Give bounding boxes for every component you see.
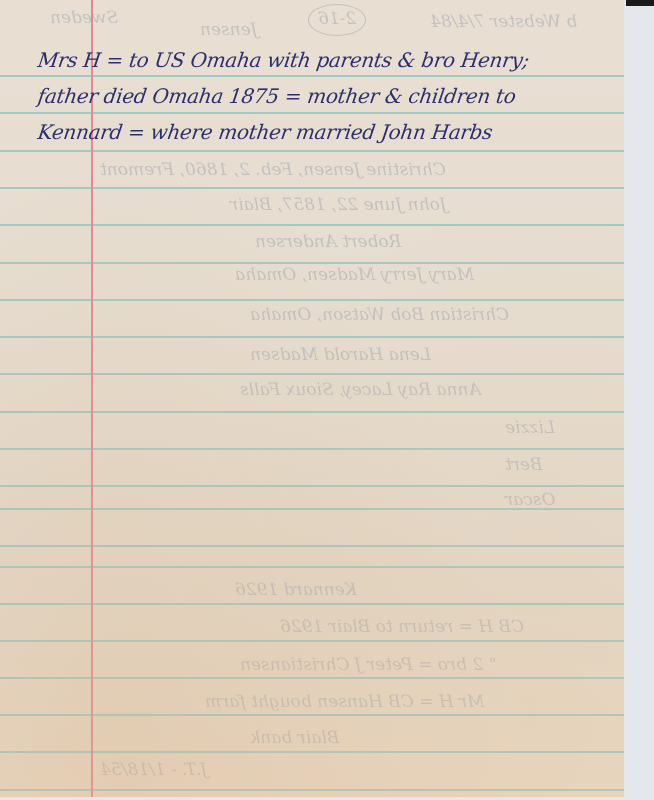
ruled-line [0,448,624,450]
ruled-line [0,603,624,605]
bleed-text: b Webster 7/4/84 [430,12,577,32]
bleed-text: Christine Jensen, Feb. 2, 1860, Fremont [100,160,446,180]
bleed-text: Mr H = CB Hansen bought farm [205,692,485,712]
bleed-text: Lena Harold Madsen [250,345,431,365]
bleed-text: Oscar [505,490,555,510]
bleed-text: Lizzie [505,418,555,438]
bleed-text: Christian Bob Watson, Omaha [250,305,509,325]
ruled-line [0,150,624,152]
bleed-text: John June 22, 1857, Blair [230,195,447,215]
bleed-text: 2-16 [318,9,356,29]
bleed-text: Robert Andersen [255,232,401,252]
handwriting-line-3: Kennard = where mother married John Harb… [36,120,494,144]
notebook-page: Sweden Jensen 2-16 b Webster 7/4/84 Chri… [0,0,624,797]
ruled-line [0,640,624,642]
bleed-text: Jensen [200,20,258,40]
handwriting-line-1: Mrs H = to US Omaha with parents & bro H… [36,48,530,72]
bleed-text: Sweden [50,8,118,28]
handwriting-line-2: father died Omaha 1875 = mother & childr… [36,84,517,108]
bleed-text: CB H = return to Blair 1926 [280,617,524,637]
bleed-text: Kennard 1926 [235,580,357,600]
ruled-line [0,545,624,547]
ruled-line [0,75,624,77]
bleed-text: J.T. - 1/18/54 [100,760,207,780]
ruled-line [0,485,624,487]
ruled-line [0,299,624,301]
ruled-line [0,677,624,679]
ruled-line [0,714,624,716]
bleed-text: Blair bank [250,728,339,748]
bleed-text: Bert [505,455,543,475]
ruled-line [0,373,624,375]
ruled-line [0,112,624,114]
ruled-line [0,751,624,753]
ruled-line [0,336,624,338]
bleed-text: Mary Jerry Madsen, Omaha [235,265,474,285]
ruled-line [0,411,624,413]
ruled-line [0,566,624,568]
bleed-text: " 2 bro = Peter J Christiansen [240,655,496,675]
ruled-line [0,187,624,189]
ruled-line [0,262,624,264]
scanner-edge [626,0,654,6]
ruled-line [0,789,624,791]
ruled-line [0,224,624,226]
bleed-text: Anna Ray Lacey, Sioux Falls [240,380,481,400]
